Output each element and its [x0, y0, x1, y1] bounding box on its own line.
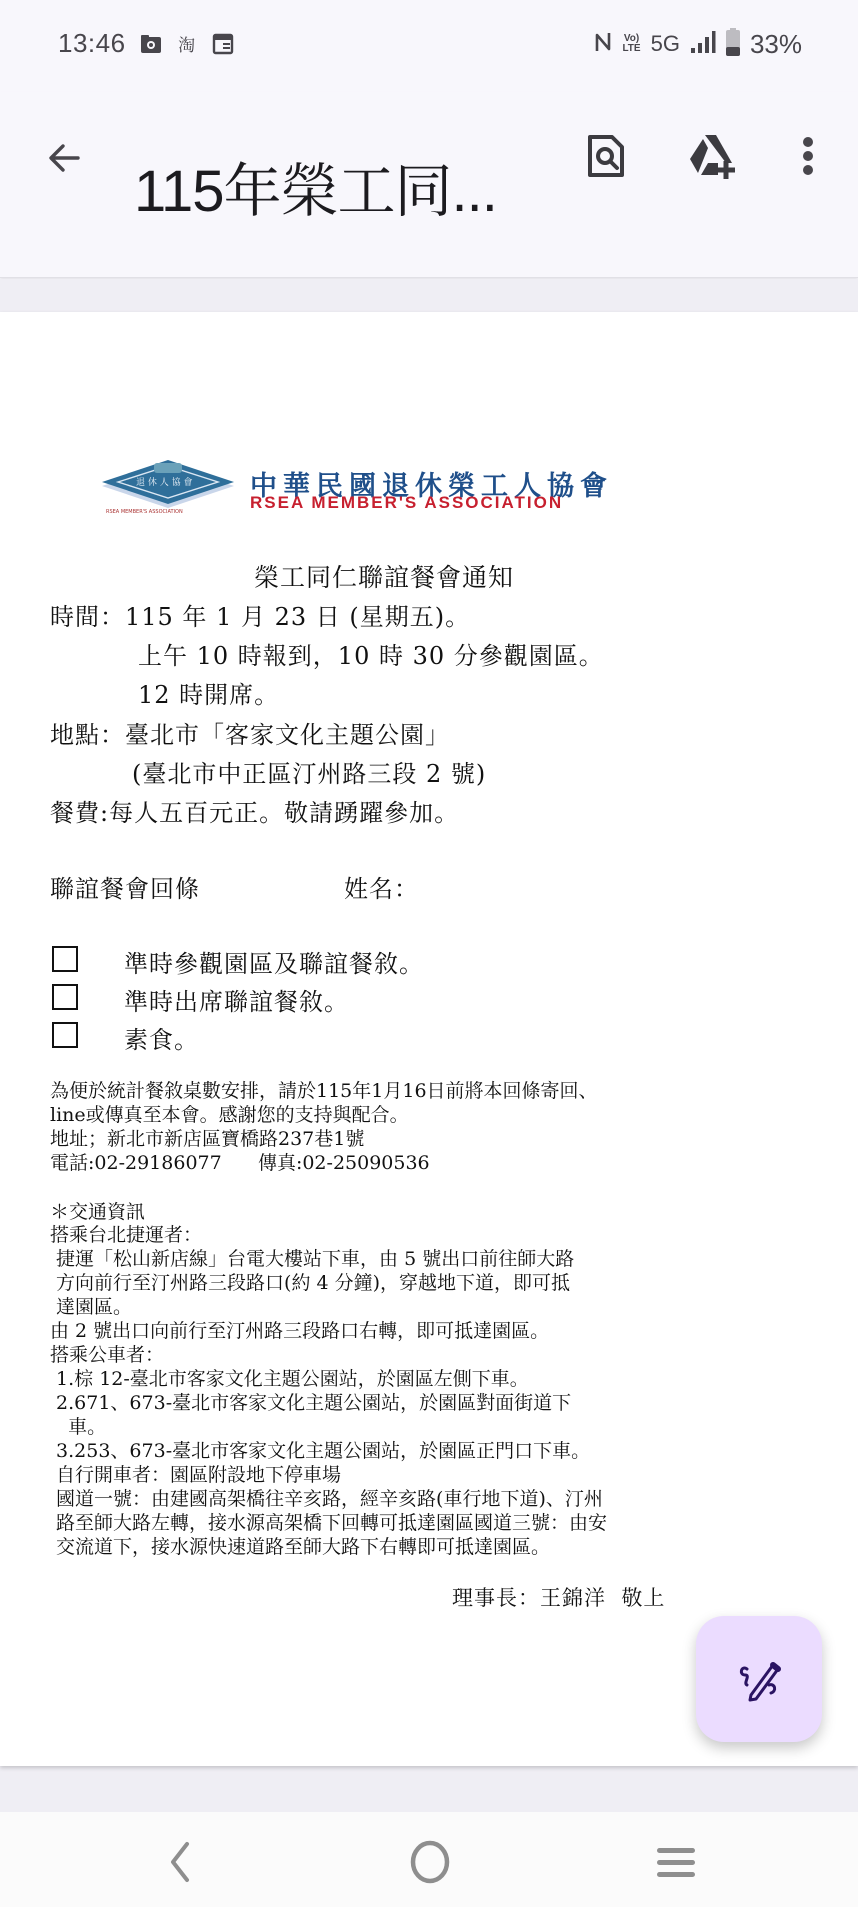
nav-back-button[interactable]	[148, 1830, 212, 1894]
system-nav-bar	[0, 1812, 858, 1907]
checkbox-visit-and-banquet[interactable]	[52, 946, 78, 972]
detail-fee: 餐費:每人五百元正。敬請踴躍參加。	[50, 793, 459, 828]
svg-text:RSEA MEMBER'S ASSOCIATION: RSEA MEMBER'S ASSOCIATION	[106, 509, 183, 515]
contact-line: line或傳真至本會。感謝您的支持與配合。	[50, 1103, 409, 1127]
transport-line: 路至師大路左轉，接水源高架橋下回轉可抵達園區國道三號：由安	[50, 1511, 607, 1535]
transport-line: 自行開車者：園區附設地下停車場	[50, 1463, 341, 1487]
volte-icon: Vo) LTE	[622, 34, 640, 54]
transport-line: 搭乘台北捷運者：	[50, 1223, 202, 1247]
signal-icon	[690, 30, 716, 58]
contact-address: 地址；新北市新店區寶橋路237巷1號	[50, 1127, 364, 1151]
transport-line: 車。	[50, 1415, 106, 1439]
svg-text:退 休 人 協 會: 退 休 人 協 會	[136, 476, 192, 488]
nav-home-button[interactable]	[398, 1830, 462, 1894]
detail-banquet-start: 12 時開席。	[138, 675, 279, 710]
detail-time: 時間：115 年 1 月 23 日 (星期五)。	[50, 597, 470, 632]
network-type: 5G	[651, 31, 680, 57]
nfc-icon	[594, 29, 612, 59]
transport-heading: ＊交通資訊	[50, 1200, 145, 1224]
home-circle-icon	[408, 1840, 452, 1884]
detail-address: (臺北市中正區汀州路三段 2 號)	[132, 754, 486, 789]
detail-venue: 地點：臺北市「客家文化主題公園」	[50, 715, 450, 750]
more-vert-icon	[802, 136, 814, 176]
association-emblem-icon: 退 休 人 協 會 RSEA MEMBER'S ASSOCIATION	[98, 460, 238, 516]
status-bar: 13:46 淘 Vo) LTE 5G 33%	[0, 0, 858, 92]
reply-slip-label: 聯誼餐會回條	[50, 869, 200, 904]
association-logo: 退 休 人 協 會 RSEA MEMBER'S ASSOCIATION 中華民國…	[98, 460, 658, 516]
sign-document-fab[interactable]	[696, 1616, 822, 1742]
status-left: 13:46 淘	[58, 28, 234, 59]
find-in-page-icon	[586, 133, 626, 179]
detail-schedule: 上午 10 時報到，10 時 30 分參觀園區。	[138, 636, 604, 671]
name-label: 姓名：	[344, 869, 419, 904]
recents-lines-icon	[654, 1842, 698, 1882]
contact-phone-fax: 電話:02-29186077 傳真:02-25090536	[50, 1151, 430, 1175]
transport-line: 2.671、673-臺北市客家文化主題公園站，於園區對面街道下	[50, 1391, 571, 1415]
battery-icon	[726, 28, 740, 60]
battery-percent: 33%	[750, 29, 802, 60]
app-bar: 115年榮工同...	[0, 92, 858, 278]
checkbox-vegetarian[interactable]	[52, 1022, 78, 1048]
transport-line: 達園區。	[50, 1295, 132, 1319]
back-button[interactable]	[38, 132, 90, 184]
photo-folder-icon	[140, 33, 162, 55]
option-banquet-only: 準時出席聯誼餐敘。	[124, 982, 349, 1017]
transport-line: 搭乘公車者：	[50, 1343, 164, 1367]
signature-pen-icon	[735, 1655, 783, 1703]
calendar-icon	[212, 33, 234, 55]
transport-line: 3.253、673-臺北市客家文化主題公園站，於園區正門口下車。	[50, 1439, 590, 1463]
transport-line: 由 2 號出口向前行至汀州路三段路口右轉，即可抵達園區。	[50, 1319, 549, 1343]
signature: 理事長：王錦洋 敬上	[452, 1582, 665, 1612]
notice-title: 榮工同仁聯誼餐會通知	[254, 558, 514, 594]
search-document-button[interactable]	[578, 128, 634, 184]
logo-english-name: RSEA MEMBER'S ASSOCIATION	[250, 493, 563, 513]
contact-line: 為便於統計餐敘桌數安排，請於115年1月16日前將本回條寄回、	[50, 1079, 598, 1103]
transport-line: 交流道下，接水源快速道路至師大路下右轉即可抵達園區。	[50, 1535, 550, 1559]
transport-line: 捷運「松山新店線」台電大樓站下車，由 5 號出口前往師大路	[50, 1247, 574, 1271]
chevron-left-icon	[165, 1840, 195, 1884]
pdf-page[interactable]: 退 休 人 協 會 RSEA MEMBER'S ASSOCIATION 中華民國…	[0, 312, 858, 1766]
add-to-drive-button[interactable]	[684, 128, 740, 184]
option-visit-and-banquet: 準時參觀園區及聯誼餐敘。	[124, 944, 424, 979]
transport-line: 國道一號：由建國高架橋往辛亥路，經辛亥路(車行地下道)、汀州	[50, 1487, 603, 1511]
status-time: 13:46	[58, 28, 126, 59]
document-title: 115年榮工同...	[134, 144, 497, 228]
checkbox-banquet-only[interactable]	[52, 984, 78, 1010]
nav-recents-button[interactable]	[644, 1830, 708, 1894]
transport-line: 方向前行至汀州路三段路口(約 4 分鐘)，穿越地下道，即可抵	[50, 1271, 570, 1295]
option-vegetarian: 素食。	[124, 1020, 199, 1055]
taobao-icon: 淘	[176, 33, 198, 55]
drive-add-icon	[686, 133, 738, 179]
status-right: Vo) LTE 5G 33%	[594, 28, 802, 60]
transport-line: 1.棕 12-臺北市客家文化主題公園站，於園區左側下車。	[50, 1367, 529, 1391]
arrow-back-icon	[46, 140, 82, 176]
more-options-button[interactable]	[780, 128, 836, 184]
